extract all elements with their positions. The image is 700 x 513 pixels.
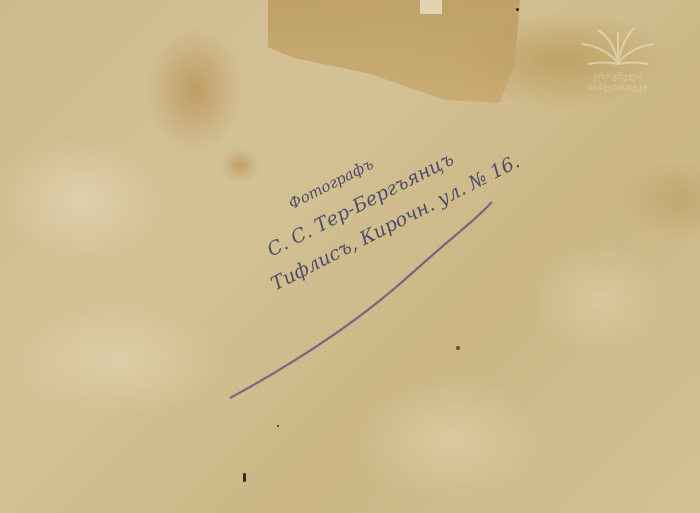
wheat-logo-icon (568, 24, 668, 66)
watermark-line2: ბიბლიოთეკა (568, 82, 668, 93)
library-watermark: ეროვნული ბიბლიოთეკა (568, 24, 668, 94)
stain-spot (456, 346, 460, 350)
ink-spot (277, 425, 279, 427)
watermark-line1: ეროვნული (568, 71, 668, 82)
photo-card-back: Фотографъ С. С. Тер-Бергъянцъ Тифлисъ, К… (0, 0, 700, 513)
ink-spot (516, 8, 519, 11)
ink-spot (243, 473, 246, 482)
